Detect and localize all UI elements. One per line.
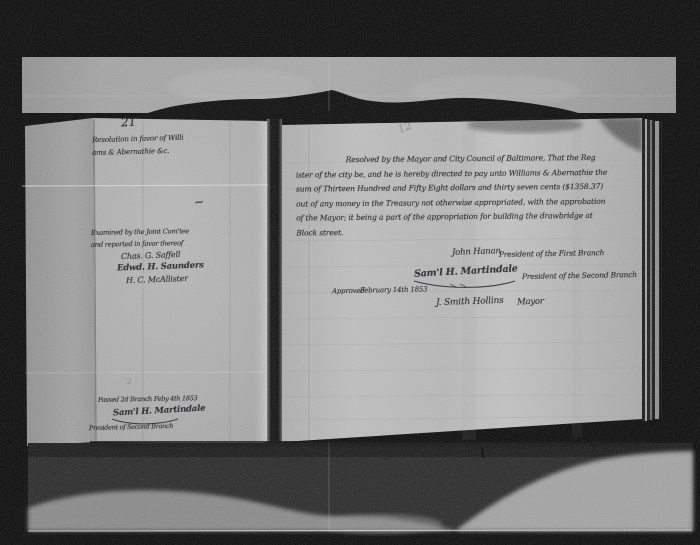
docket-title-line-2: ams & Abernathie &c.	[92, 147, 169, 156]
docket-number: 21	[121, 115, 137, 128]
docket-title-line-1: Resolution in favor of Willi	[92, 134, 184, 144]
resolution-line-6: Block street.	[296, 223, 648, 241]
second-branch-signature-title: President of the Second Branch	[522, 271, 637, 281]
committee-note-line-1: Examined by the Joint Com'tee	[91, 228, 189, 237]
passage-note: Passed 2d Branch Feby 4th 1853	[98, 395, 197, 403]
microfilm-document-scan: 21 Resolution in favor of Willi ams & Ab…	[0, 0, 700, 545]
resolution-paragraph: Resolved by the Mayor and City Council o…	[296, 150, 649, 241]
committee-note-line-2: and reported in favor thereof	[91, 240, 183, 248]
tally-mark: 2	[127, 379, 131, 386]
approval-date: February 14th 1853	[360, 286, 427, 294]
section-mark: ~	[193, 195, 204, 208]
first-branch-signature-name: John Hanan	[452, 247, 501, 257]
second-branch-signature-flourish	[412, 278, 517, 290]
first-branch-signature-title: President of the First Branch	[499, 249, 604, 258]
mayor-signature-title: Mayor	[517, 298, 544, 307]
